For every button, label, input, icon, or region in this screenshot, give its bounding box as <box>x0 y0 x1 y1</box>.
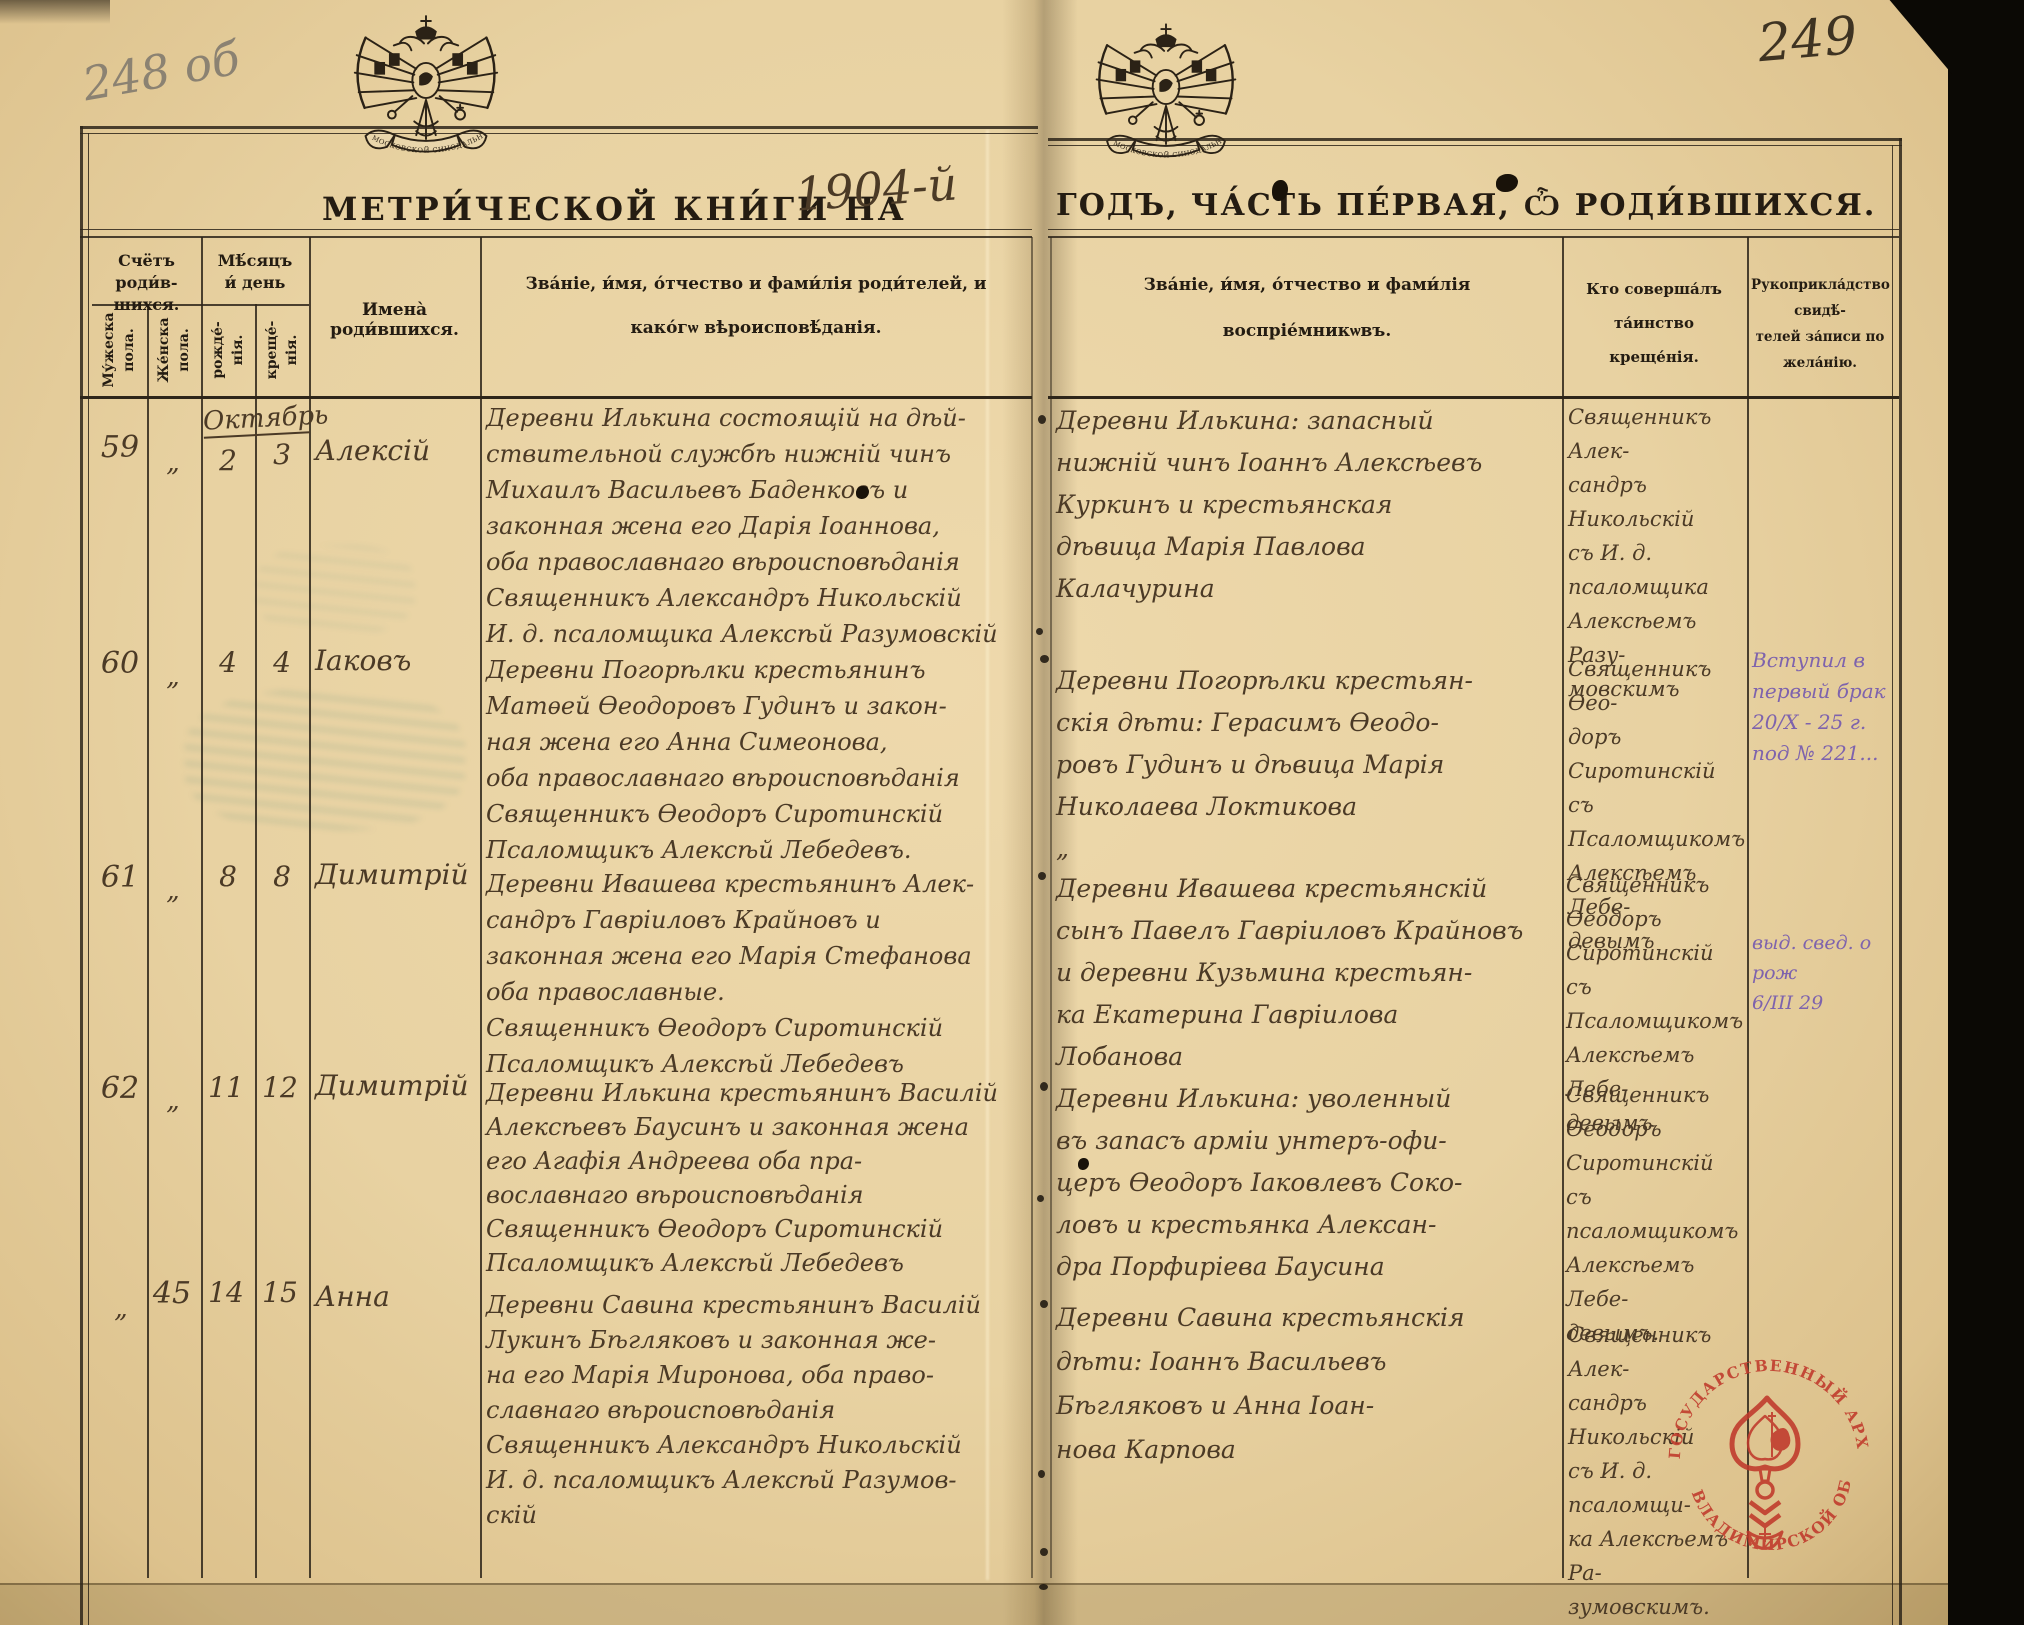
table-border <box>80 236 1032 238</box>
stamp-emblem <box>1732 1398 1798 1548</box>
record-number-male: „ <box>98 1294 144 1324</box>
column-rule <box>1050 237 1052 1578</box>
scan-edge-right <box>1948 0 2024 1625</box>
table-border <box>1048 236 1899 238</box>
record-parents: Деревни Илькина состоящій на дѣй- ствите… <box>486 400 1028 652</box>
record-born-day: 2 <box>204 444 252 477</box>
frame-line <box>80 133 1038 134</box>
header-born-day: рожде́- нія. <box>208 302 248 398</box>
page-title-right: ГОДЪ, ЧА́СТЬ ПЕ́РВАЯ, Ѽ РОДИ́ВШИХСЯ. <box>1056 188 1876 223</box>
column-rule <box>480 237 482 1578</box>
marginal-note-certificate: выд. свед. о рож 6/III 29 <box>1752 928 1912 1018</box>
marginal-note-marriage: Вступил в первый брак 20/X - 25 г. под №… <box>1752 645 1894 769</box>
imperial-eagle-right: МОСКОВСКОЙ СИНОДАЛЬНОЙ ТИПОГРАФІИ <box>1090 20 1242 192</box>
record-number-female: 45 <box>148 1276 196 1311</box>
header-officiant: Кто соверша́лъ та́инство креще́нія. <box>1570 272 1738 374</box>
frame-line <box>1899 138 1902 1625</box>
header-godparents: Зва́ніе, и́мя, о́тчество и фами́лія восп… <box>1082 262 1532 354</box>
table-border <box>1048 396 1899 399</box>
record-number-male: 62 <box>96 1071 144 1106</box>
table-border <box>1048 229 1899 230</box>
column-rule <box>1031 237 1033 1578</box>
header-count-male: Му́жеска пола. <box>99 302 139 398</box>
binding-speck <box>1039 1584 1048 1590</box>
record-number-female: „ <box>150 1086 196 1116</box>
column-rule <box>255 304 257 1578</box>
record-baptized-day: 3 <box>258 438 306 471</box>
column-rule <box>309 237 311 1578</box>
record-name: Димитрій <box>315 1069 485 1102</box>
column-rule <box>201 237 203 1578</box>
archive-stamp: ГОСУДАРСТВЕННЫЙ АРХИВ ВЛАДИМИРСКОЙ ОБЛАС… <box>1660 1340 1878 1562</box>
frame-line <box>1892 145 1893 1625</box>
record-baptized-day: 12 <box>256 1071 304 1104</box>
record-number-male: 59 <box>96 430 144 465</box>
folio-number-right: 249 <box>1756 6 1860 74</box>
table-border <box>80 229 1032 230</box>
header-baptized-day: креще́- нія. <box>262 302 302 398</box>
header-names: Имена̀ роди́вшихся. <box>309 300 480 340</box>
binding-speck <box>1040 1548 1048 1556</box>
record-name: Алексій <box>315 434 475 467</box>
binding-speck <box>1040 1082 1048 1091</box>
record-godparents: Деревни Савина крестьянскія дѣти: Іоаннъ… <box>1056 1296 1556 1472</box>
column-rule <box>147 304 149 1578</box>
frame-line <box>80 126 83 1625</box>
title-year-handwritten: 1904-й <box>793 156 959 221</box>
record-born-day: 8 <box>204 860 252 893</box>
record-parents: Деревни Погорѣлки крестьянинъ Матѳей Ѳео… <box>486 652 1028 868</box>
frame-line <box>1048 145 1902 146</box>
record-number-female: „ <box>150 448 196 478</box>
column-rule <box>1562 237 1564 1578</box>
record-name: Анна <box>315 1280 475 1313</box>
header-witnesses: Рукоприкла́дство свидѣ́- телей за́писи п… <box>1751 272 1889 376</box>
record-godparents: Деревни Ивашева крестьянскій сынъ Павелъ… <box>1056 868 1556 1078</box>
record-parents: Деревни Ивашева крестьянинъ Алек- сандръ… <box>486 866 1028 1082</box>
binding-speck <box>1040 655 1049 663</box>
binding-speck <box>1040 1300 1048 1308</box>
binding-speck <box>1037 1195 1044 1202</box>
record-number-female: „ <box>150 662 196 692</box>
frame-line <box>1048 138 1902 141</box>
record-name: Димитрій <box>315 858 485 891</box>
scan-corner-top-left <box>0 0 110 24</box>
binding-speck <box>1038 415 1046 424</box>
metrical-book-scan: МОСКОВСКОЙ СИНОДАЛЬНОЙ ТИПОГРАФІИ <box>0 0 2024 1625</box>
month-header: Октябрь <box>202 401 310 439</box>
header-month-group: Мѣ́сяцъ и́ день <box>203 250 307 294</box>
record-name: Іаковъ <box>315 644 475 677</box>
binding-speck <box>1038 872 1046 880</box>
record-number-male: 60 <box>96 646 144 681</box>
record-born-day: 4 <box>204 646 252 679</box>
record-officiant: Священникъ Ѳеодоръ Сиротинскій съ псалом… <box>1566 1078 1744 1350</box>
record-godparents: Деревни Погорѣлки крестьян- скія дѣти: Г… <box>1056 660 1556 870</box>
imperial-eagle-left: МОСКОВСКОЙ СИНОДАЛЬНОЙ ТИПОГРАФІИ <box>348 12 504 188</box>
record-parents: Деревни Илькина крестьянинъ Василій Алек… <box>486 1076 1028 1280</box>
record-number-female: „ <box>150 876 196 906</box>
frame-line <box>80 126 1038 129</box>
record-godparents: Деревни Илькина: уволенный въ запасъ арм… <box>1056 1078 1556 1288</box>
record-baptized-day: 8 <box>258 860 306 893</box>
header-count-female: Же́нска пола. <box>154 302 194 398</box>
binding-speck <box>1038 1470 1045 1478</box>
binding-speck <box>1036 628 1043 635</box>
header-parents: Зва́ніе, и́мя, о́тчество и фами́лія роди… <box>500 262 1012 350</box>
record-born-day: 11 <box>202 1071 250 1104</box>
record-baptized-day: 4 <box>258 646 306 679</box>
record-baptized-day: 15 <box>256 1276 304 1309</box>
record-born-day: 14 <box>202 1276 250 1309</box>
record-godparents: Деревни Илькина: запасный нижній чинъ Іо… <box>1056 400 1556 610</box>
frame-line <box>88 133 89 1625</box>
record-parents: Деревни Савина крестьянинъ Василій Лукин… <box>486 1288 1028 1533</box>
ink-bleed-through <box>255 545 415 635</box>
record-number-male: 61 <box>96 860 144 895</box>
ink-bleed-through <box>185 690 465 830</box>
